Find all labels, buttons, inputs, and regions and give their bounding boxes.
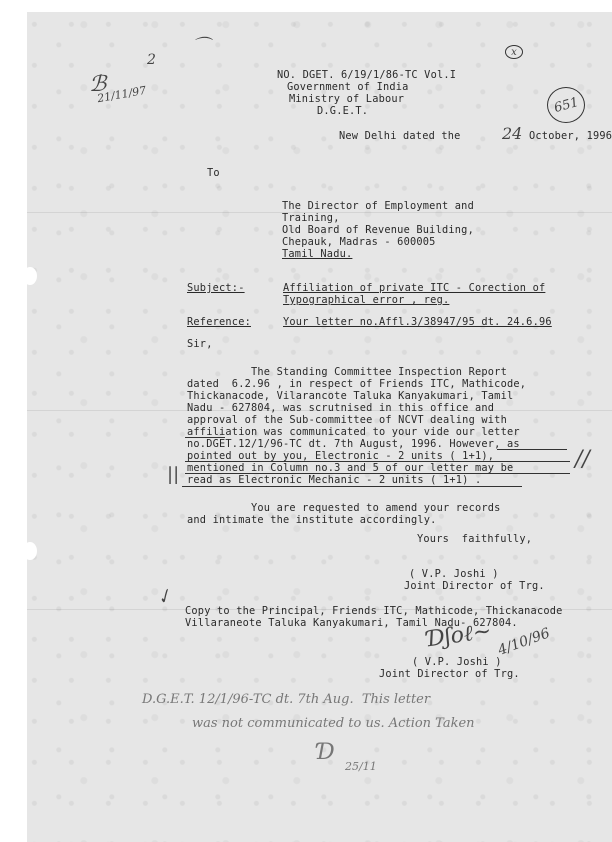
subject-line-1: Affiliation of private ITC - Corection o…	[283, 282, 545, 294]
copy-signatory-name: ( V.P. Joshi )	[412, 656, 502, 668]
copy-to-line-1: Copy to the Principal, Friends ITC, Math…	[185, 605, 563, 617]
date-suffix: October, 1996	[529, 130, 612, 142]
page-number-stamp: 651	[547, 87, 585, 123]
valediction: Yours faithfully,	[417, 533, 532, 545]
government-line: Government of India	[287, 81, 409, 93]
subject-line-2: Typographical error , reg.	[283, 294, 449, 306]
date-prefix: New Delhi dated the	[339, 130, 461, 142]
handwritten-initial: Ɗ	[317, 740, 335, 765]
department-line: D.G.E.T.	[317, 105, 368, 117]
reference-label: Reference:	[187, 316, 251, 328]
subject-label: Subject:-	[187, 282, 245, 294]
punch-hole	[23, 542, 37, 560]
handwritten-date-day: 24	[502, 124, 522, 143]
letter-page: ℬ 21/11/97 2 ⌒ x 651 NO. DGET. 6/19/1/86…	[27, 12, 612, 842]
tick-mark: ✓	[153, 585, 177, 611]
ministry-line: Ministry of Labour	[289, 93, 404, 105]
salutation: Sir,	[187, 338, 213, 350]
handwritten-note-line-2: was not communicated to us. Action Taken	[192, 716, 475, 731]
signature-date: 4/10/96	[496, 625, 552, 658]
signatory-title: Joint Director of Trg.	[404, 580, 545, 592]
to-label: To	[207, 167, 220, 179]
reference-text: Your letter no.Affl.3/38947/95 dt. 24.6.…	[283, 316, 552, 328]
copy-signatory-title: Joint Director of Trg.	[379, 668, 520, 680]
signatory-name: ( V.P. Joshi )	[409, 568, 499, 580]
margin-mark: //	[575, 447, 590, 472]
file-number: NO. DGET. 6/19/1/86-TC Vol.I	[277, 69, 456, 81]
handwritten-note-line-1: D.G.E.T. 12/1/96-TC dt. 7th Aug. This le…	[142, 692, 430, 707]
margin-mark: ||	[167, 464, 179, 485]
handwritten-initial-date: 25/11	[345, 760, 377, 773]
circled-x-mark: x	[505, 45, 523, 59]
punch-hole	[23, 267, 37, 285]
